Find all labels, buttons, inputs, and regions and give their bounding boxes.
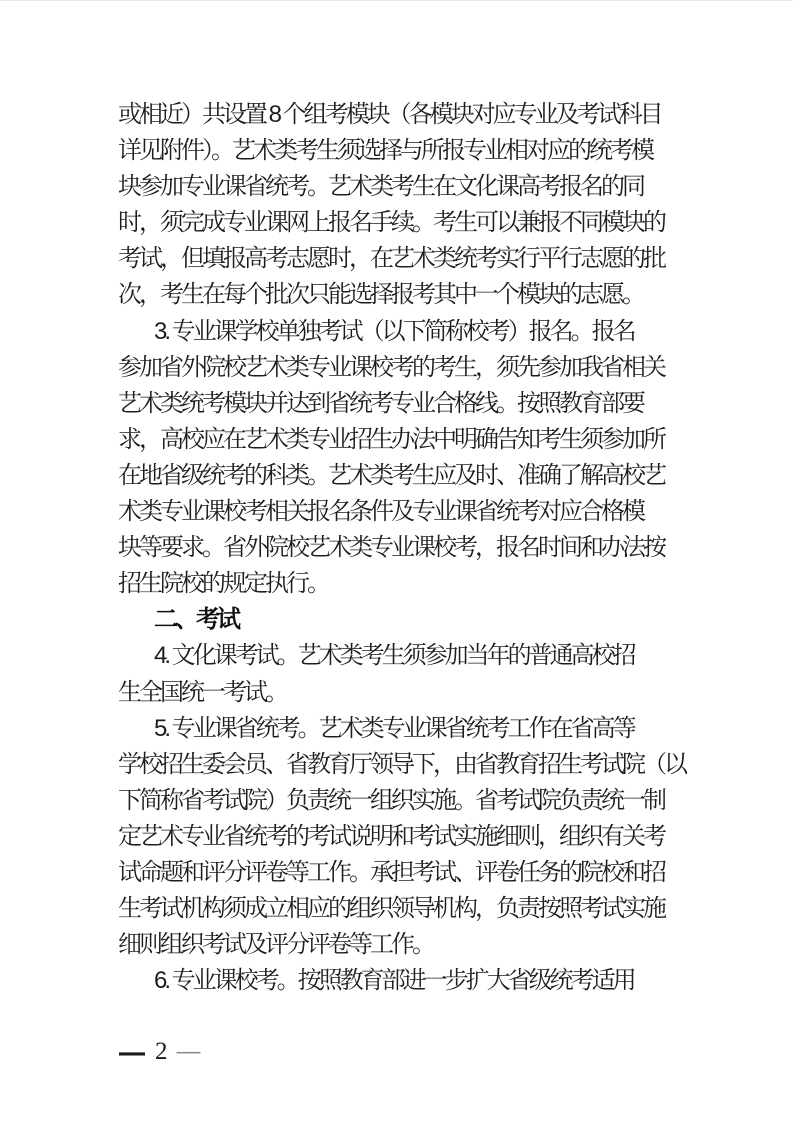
text-line: 求，高校应在艺术类专业招生办法中明确告知考生须参加所 [118,422,680,458]
section-heading-exam: 二、考试 [118,602,680,638]
footer-dash-right: — [177,1038,201,1066]
document-page: 或相近）共设置 8 个组考模块（各模块对应专业及考试科目 详见附件）。艺术类考生… [0,0,793,1122]
text-line: 块参加专业课省统考。艺术类考生在文化课高考报名的同 [118,169,680,205]
text-line-item-3-start: 3. 专业课学校单独考试（以下简称校考）报名。报名 [118,314,680,350]
text-line: 试命题和评分评卷等工作。承担考试、评卷任务的院校和招 [118,855,680,891]
text-line: 学校招生委会员、省教育厅领导下，由省教育招生考试院（以 [118,747,680,783]
text-line: 参加省外院校艺术类专业课校考的考生，须先参加我省相关 [118,350,680,386]
text-line-item-6-start: 6. 专业课校考。按照教育部进一步扩大省级统考适用 [118,963,680,999]
text-line: 或相近）共设置 8 个组考模块（各模块对应专业及考试科目 [118,97,680,133]
text-line: 细则组织考试及评分评卷等工作。 [118,927,680,963]
text-line: 定艺术专业省统考的考试说明和考试实施细则，组织有关考 [118,819,680,855]
text-line: 详见附件）。艺术类考生须选择与所报专业相对应的统考模 [118,133,680,169]
text-line: 时，须完成专业课网上报名手续。考生可以兼报不同模块的 [118,205,680,241]
text-line: 下简称省考试院）负责统一组织实施。省考试院负责统一制 [118,783,680,819]
body-text-block: 或相近）共设置 8 个组考模块（各模块对应专业及考试科目 详见附件）。艺术类考生… [118,97,680,999]
text-line: 生考试机构须成立相应的组织领导机构，负责按照考试实施 [118,891,680,927]
text-line: 招生院校的规定执行。 [118,566,680,602]
text-line: 艺术类统考模块并达到省统考专业合格线。按照教育部要 [118,386,680,422]
text-line-item-5-start: 5. 专业课省统考。艺术类专业课省统考工作在省高等 [118,711,680,747]
text-line: 生全国统一考试。 [118,675,680,711]
text-line: 次，考生在每个批次只能选择报考其中一个模块的志愿。 [118,277,680,313]
page-footer: — 2 — [119,1036,201,1068]
text-line: 术类专业课校考相关报名条件及专业课省统考对应合格模 [118,494,680,530]
page-number: 2 [155,1038,168,1066]
text-line: 块等要求。省外院校艺术类专业课校考，报名时间和办法按 [118,530,680,566]
text-line: 考试，但填报高考志愿时，在艺术类统考实行平行志愿的批 [118,241,680,277]
text-line-item-4-start: 4. 文化课考试。艺术类考生须参加当年的普通高校招 [118,638,680,674]
footer-dash-left: — [119,1033,145,1070]
scan-edge-line [0,0,793,1]
text-line: 在地省级统考的科类。艺术类考生应及时、准确了解高校艺 [118,458,680,494]
